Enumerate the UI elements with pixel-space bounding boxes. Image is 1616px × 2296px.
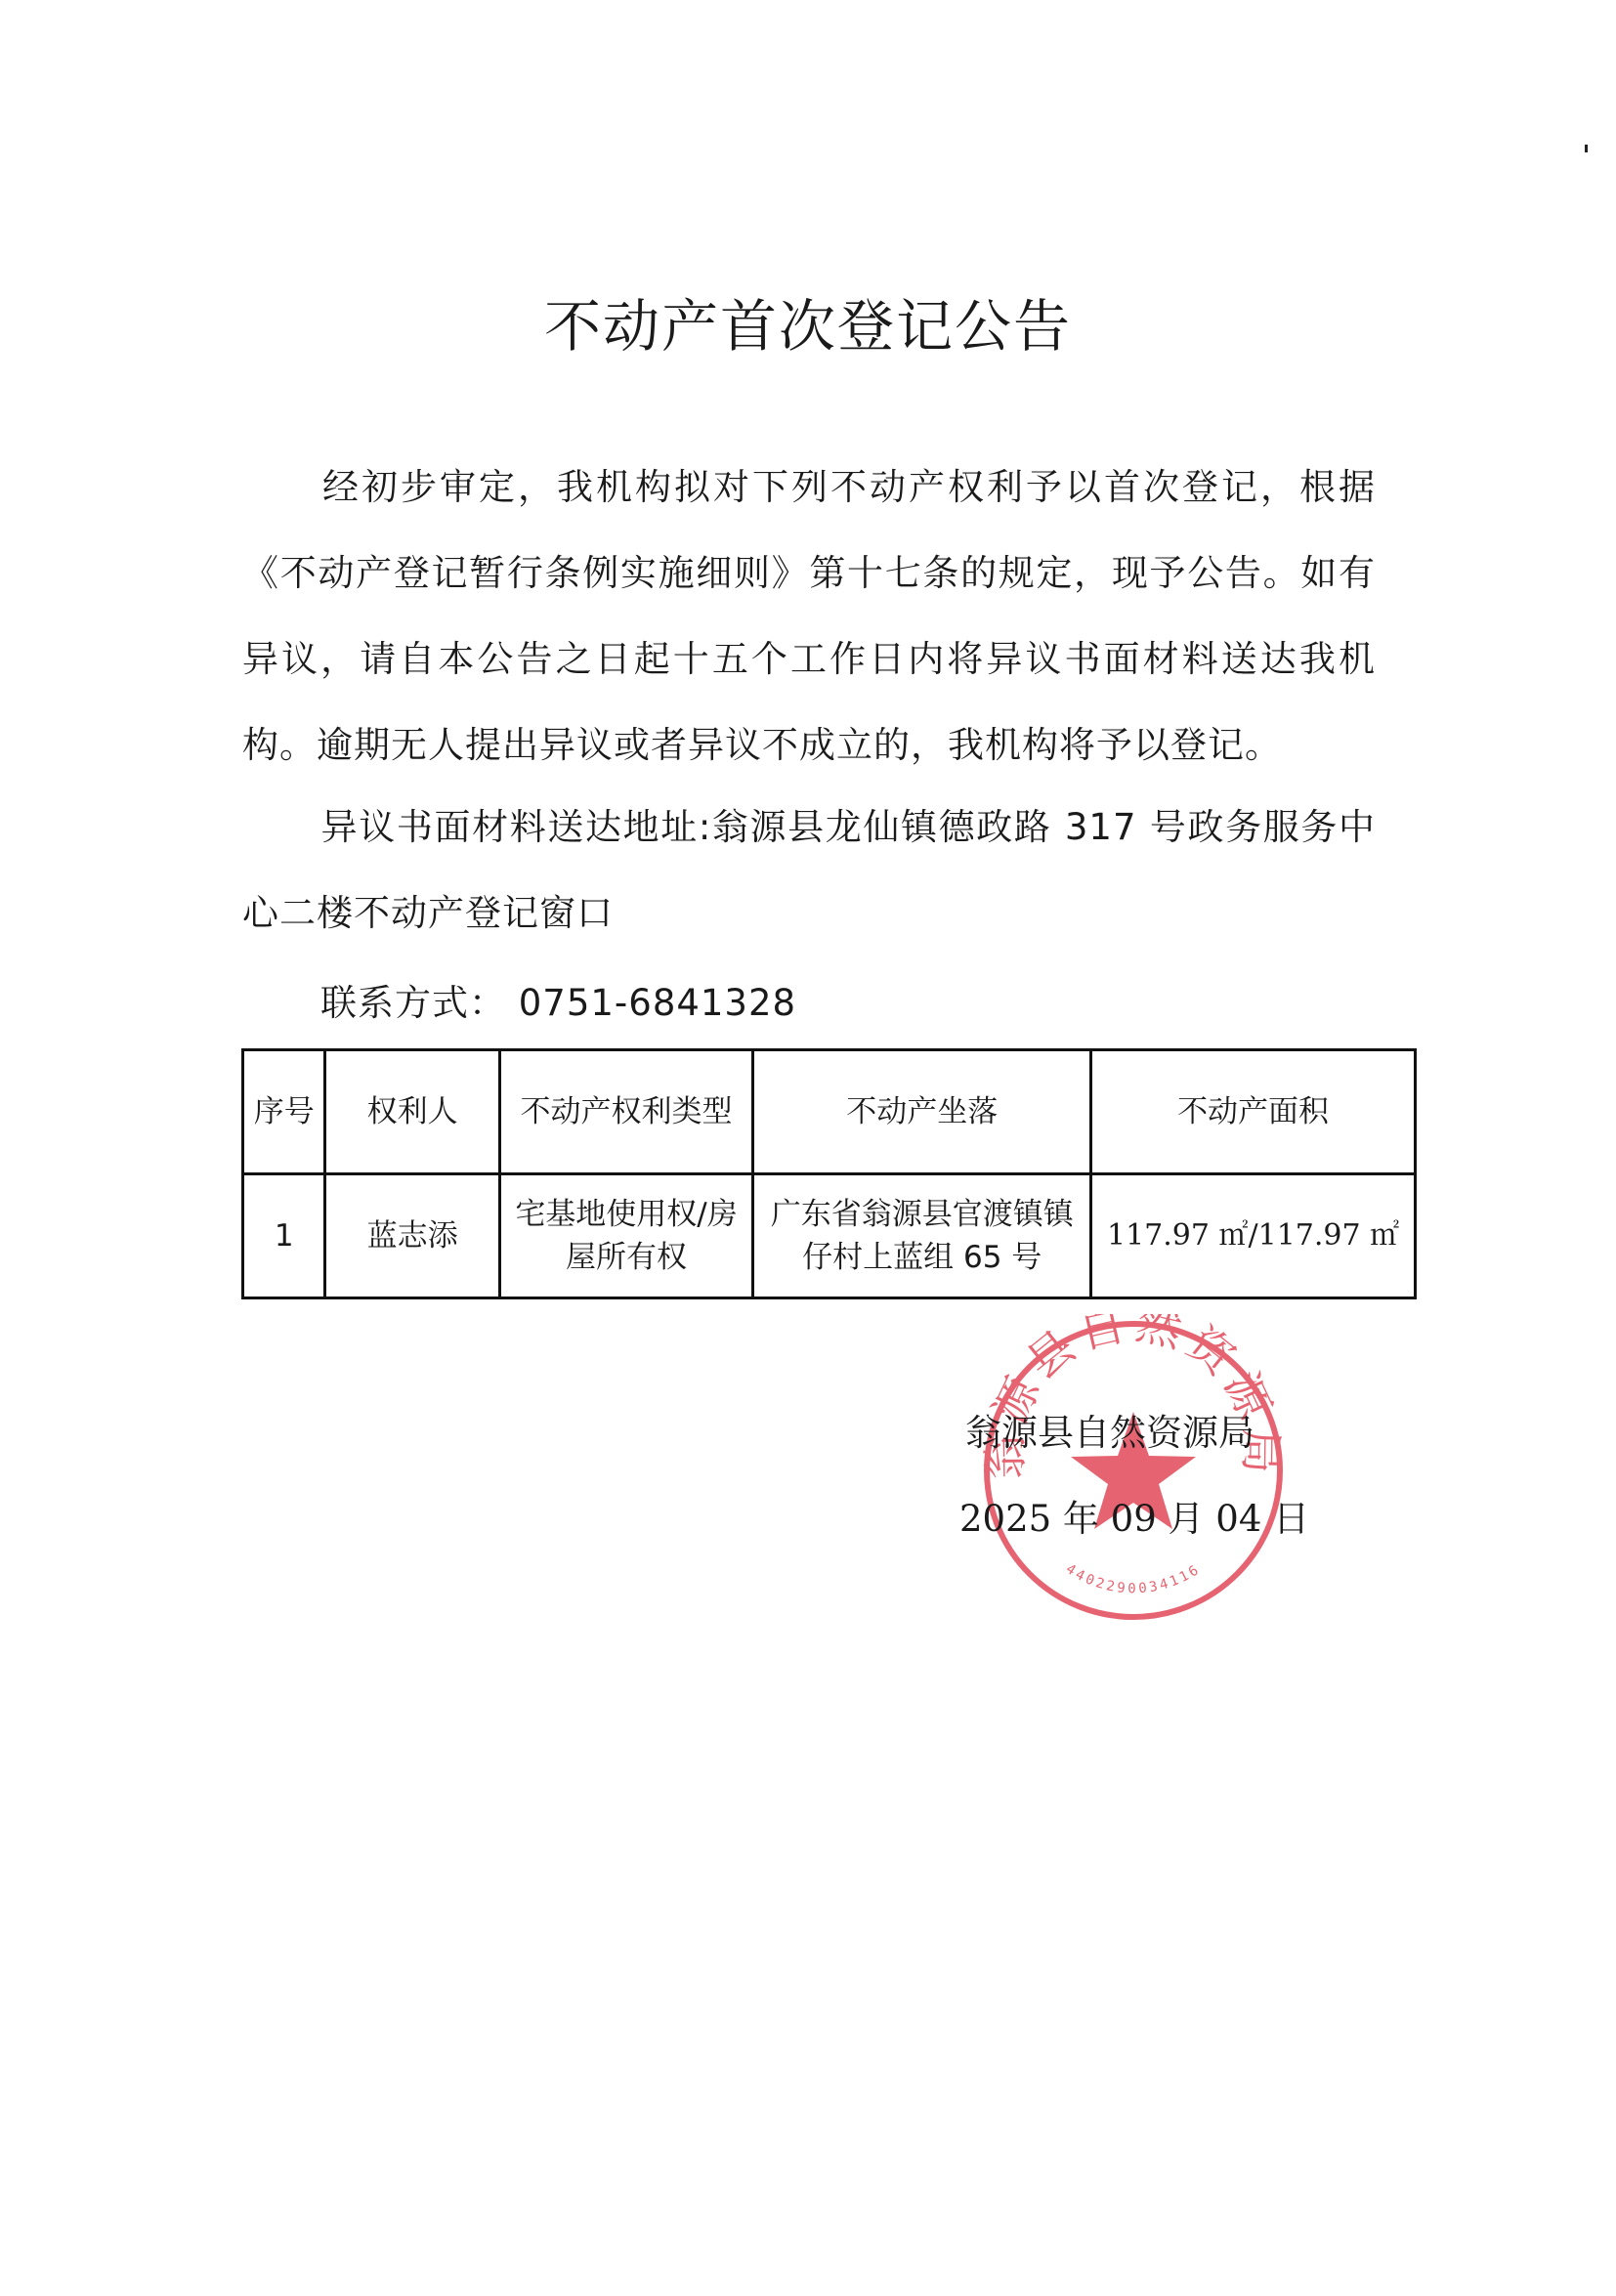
- contact-text: 联系方式： 0751-6841328: [320, 982, 796, 1024]
- cell-location: 广东省翁源县官渡镇镇仔村上蓝组 65 号: [753, 1174, 1091, 1298]
- table-row: 1 蓝志添 宅基地使用权/房屋所有权 广东省翁源县官渡镇镇仔村上蓝组 65 号 …: [243, 1174, 1416, 1298]
- cell-area: 117.97 ㎡/117.97 ㎡: [1091, 1174, 1416, 1298]
- table-header-row: 序号 权利人 不动产权利类型 不动产坐落 不动产面积: [243, 1050, 1416, 1174]
- cell-index: 1: [243, 1174, 325, 1298]
- intro-paragraph: 经初步审定，我机构拟对下列不动产权利予以首次登记，根据《不动产登记暂行条例实施细…: [242, 445, 1376, 788]
- registration-table: 序号 权利人 不动产权利类型 不动产坐落 不动产面积 1 蓝志添 宅基地使用权/…: [241, 1048, 1417, 1299]
- header-owner: 权利人: [325, 1050, 499, 1174]
- svg-text:4402290034116: 4402290034116: [1063, 1561, 1204, 1596]
- header-right-type: 不动产权利类型: [499, 1050, 753, 1174]
- page-title: 不动产首次登记公告: [0, 280, 1616, 362]
- issuing-organization: 翁源县自然资源局: [965, 1403, 1255, 1456]
- address-paragraph: 异议书面材料送达地址:翁源县龙仙镇德政路 317 号政务服务中心二楼不动产登记窗…: [242, 785, 1376, 957]
- seal-code: 4402290034116: [1063, 1561, 1204, 1596]
- issue-date: 2025 年 09 月 04 日: [959, 1489, 1309, 1542]
- cell-right-type: 宅基地使用权/房屋所有权: [499, 1174, 753, 1298]
- official-seal-icon: 翁源县自然资源局 4402290034116: [977, 1314, 1290, 1627]
- cell-owner: 蓝志添: [325, 1174, 499, 1298]
- scan-artifact: [1585, 145, 1588, 152]
- header-location: 不动产坐落: [753, 1050, 1091, 1174]
- intro-text: 经初步审定，我机构拟对下列不动产权利予以首次登记，根据《不动产登记暂行条例实施细…: [242, 466, 1376, 766]
- contact-paragraph: 联系方式： 0751-6841328: [242, 960, 1376, 1046]
- header-index: 序号: [243, 1050, 325, 1174]
- address-text: 异议书面材料送达地址:翁源县龙仙镇德政路 317 号政务服务中心二楼不动产登记窗…: [242, 806, 1376, 934]
- header-area: 不动产面积: [1091, 1050, 1416, 1174]
